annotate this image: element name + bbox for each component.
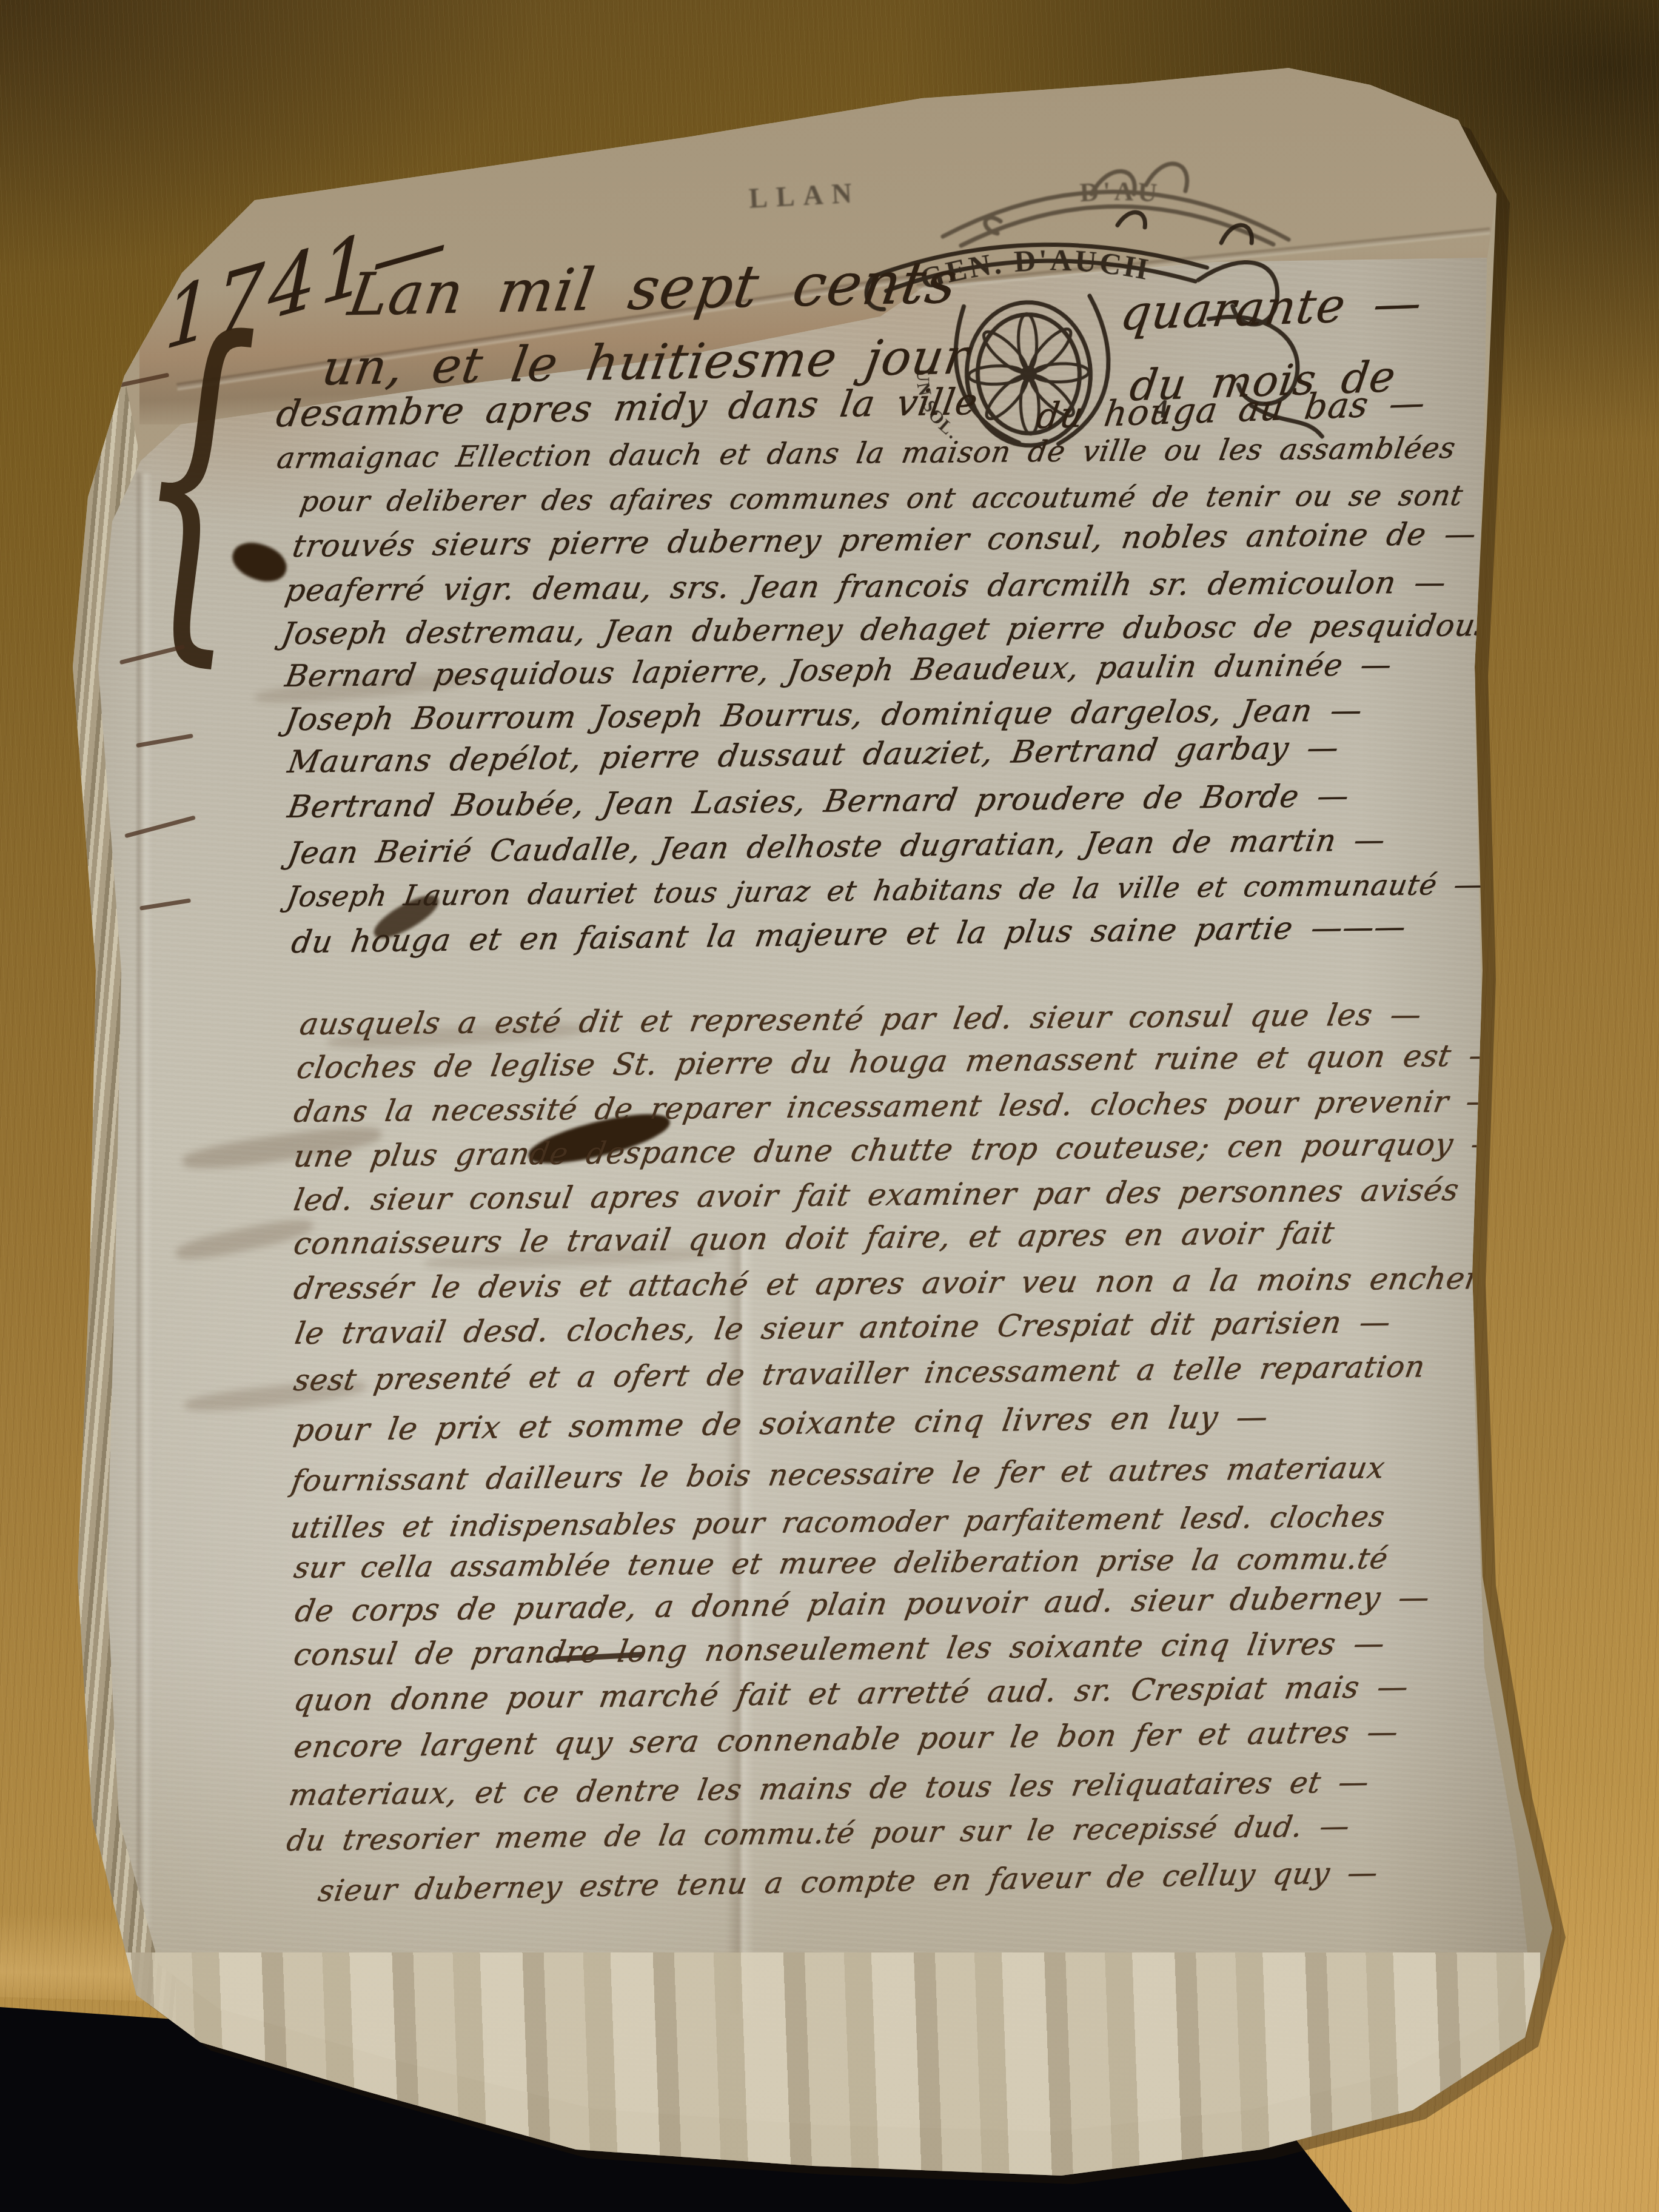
left-margin-crease — [137, 473, 153, 1928]
paper-stack: D'AU LLAN — [0, 0, 1659, 2212]
manuscript-line-0: Lan mil sept cents — [344, 248, 963, 329]
photo-of-manuscript-on-desk: D'AU LLAN — [0, 0, 1659, 2212]
manuscript-line-1: quarante — — [1117, 276, 1426, 341]
ghost-print-remnant: LLAN — [748, 176, 861, 215]
manuscript-line-7: pour deliberer des afaires communes ont … — [298, 479, 1466, 518]
ghost-stamp-text: D'AU — [1079, 176, 1161, 209]
svg-text:D'AU: D'AU — [1079, 176, 1161, 209]
